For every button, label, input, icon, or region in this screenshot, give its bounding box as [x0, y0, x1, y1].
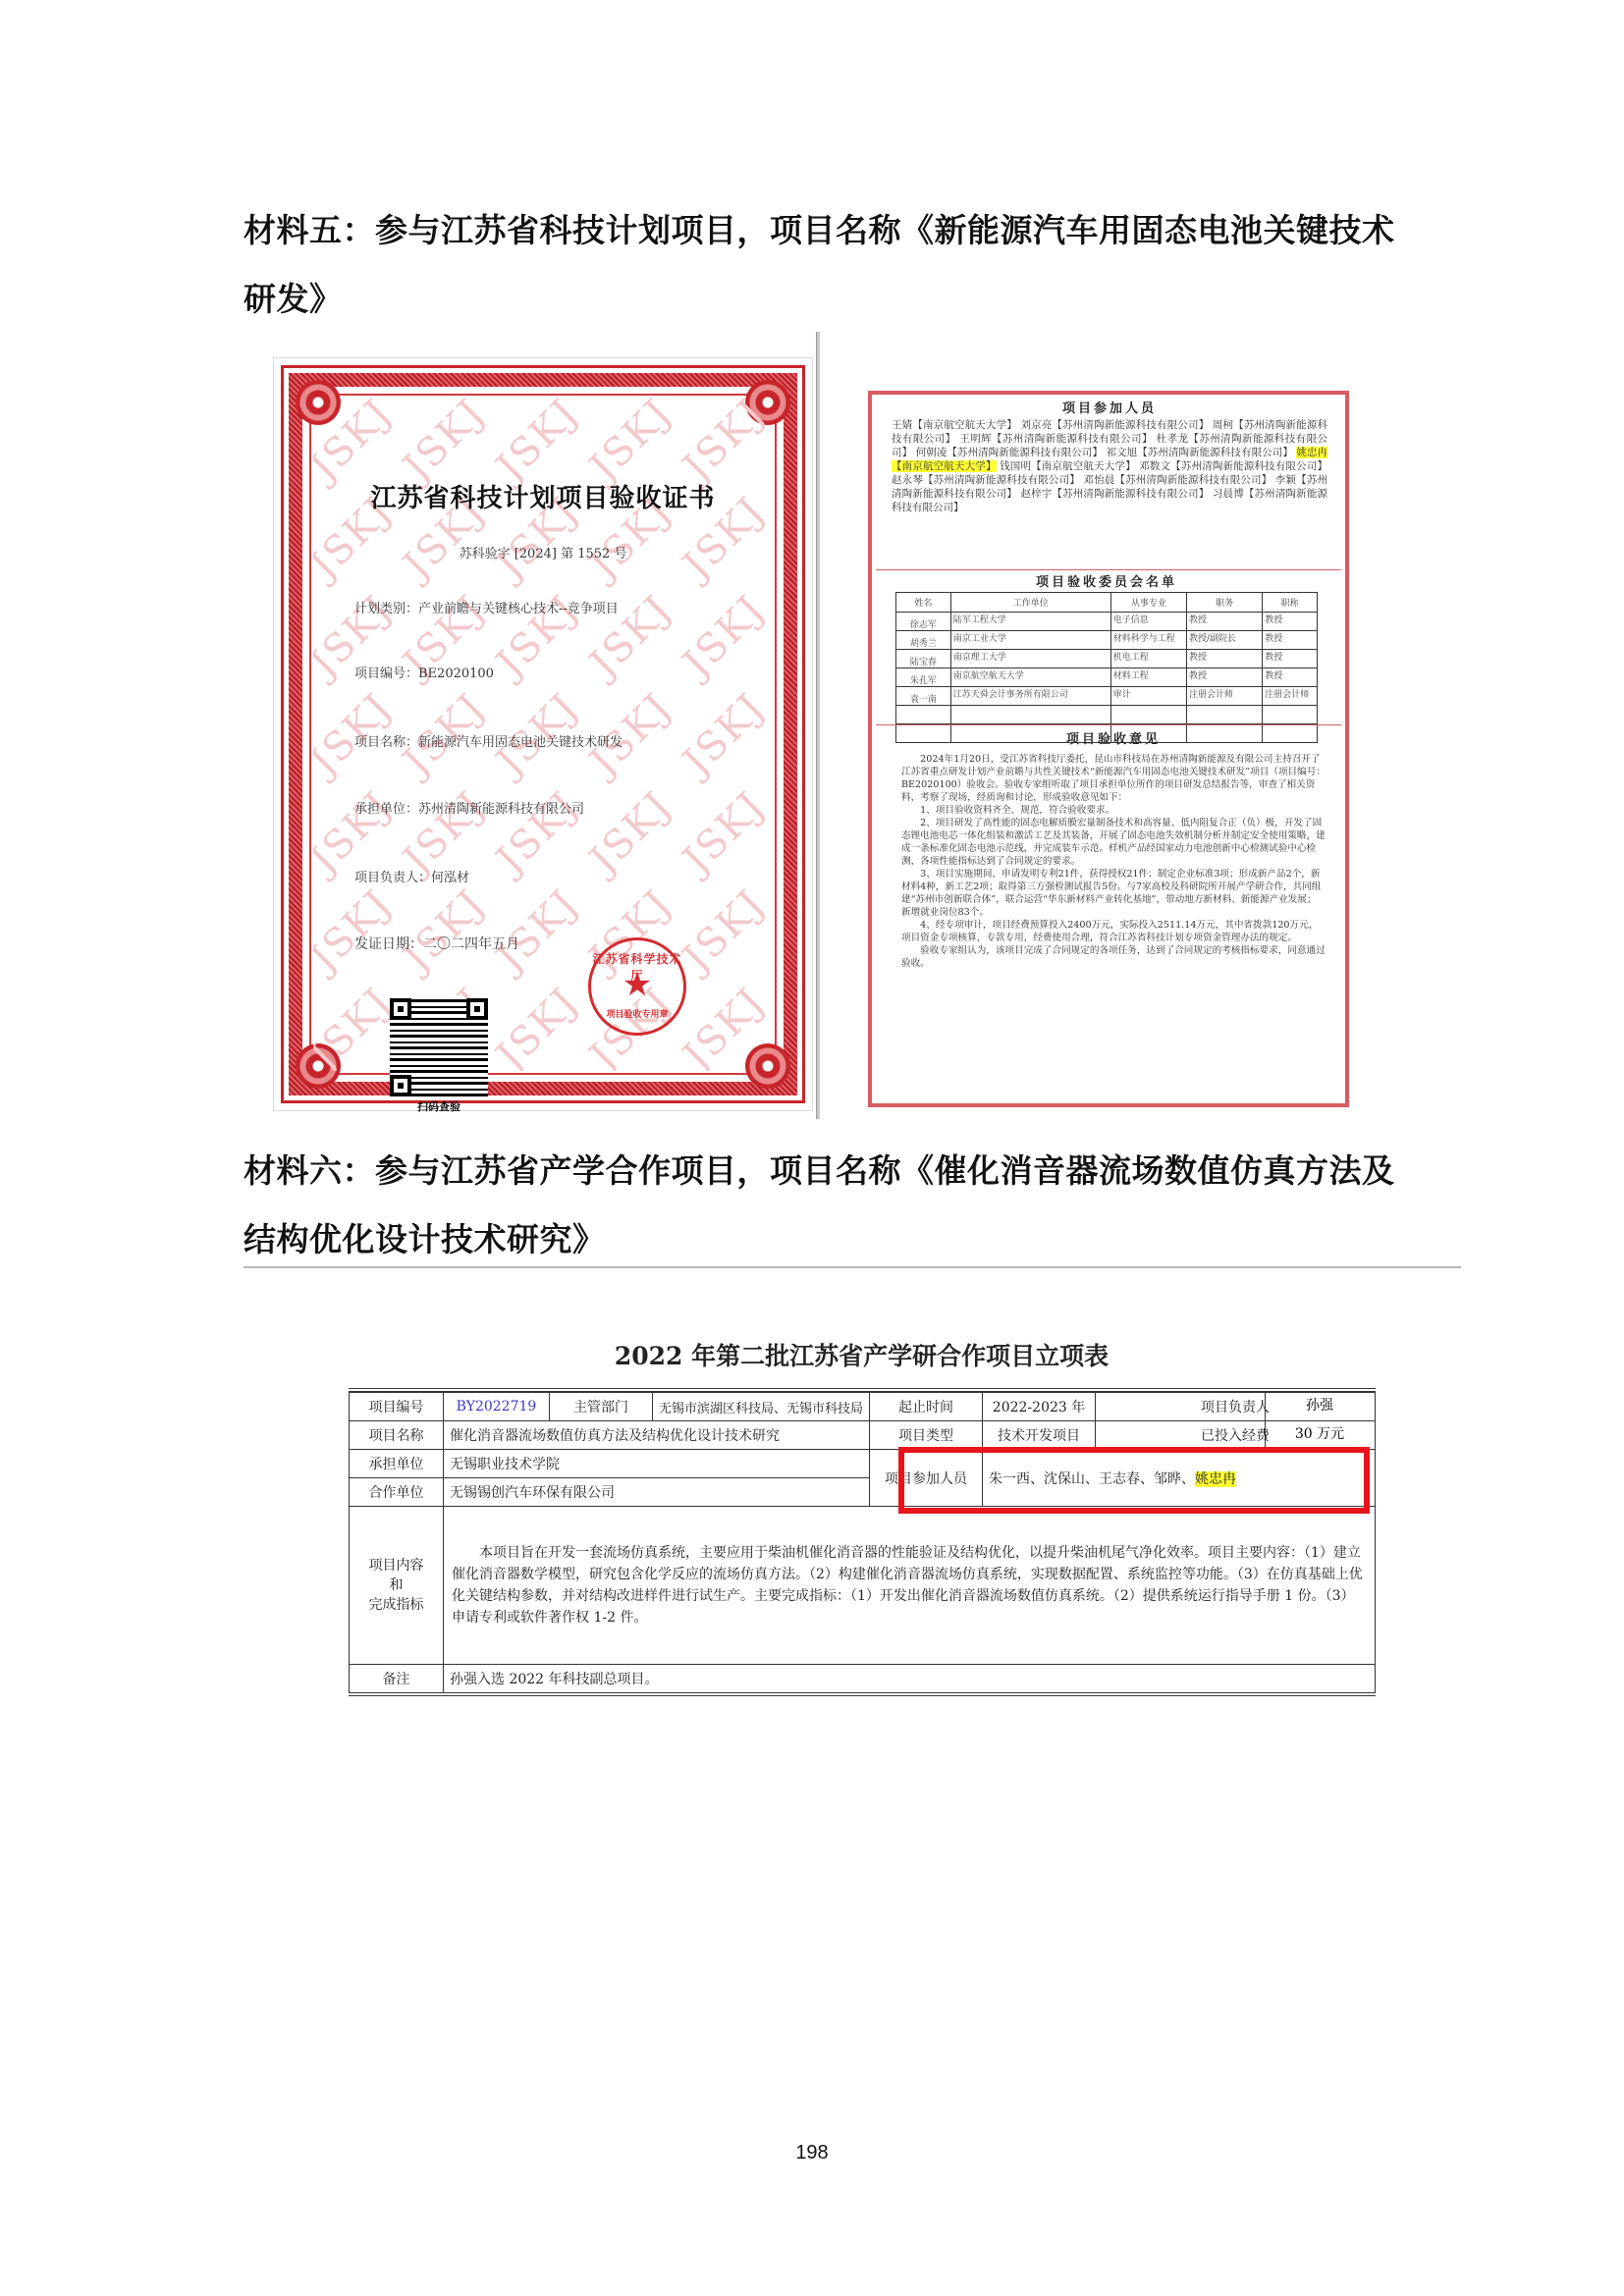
project-code-value: BY2022719: [444, 1393, 550, 1421]
table-cell: 陆宝春: [896, 650, 951, 668]
table-cell: [896, 706, 951, 724]
qr-finder-pattern: [390, 1075, 411, 1096]
watermark-text: JSKJ: [488, 398, 587, 490]
type-value: 技术开发项目: [983, 1421, 1096, 1450]
table-cell: 南京工业大学: [950, 631, 1110, 650]
column-header: 从事专业: [1110, 593, 1186, 613]
members-text: 王婧【南京航空航天大学】 刘京亮【苏州清陶新能源科技有限公司】 周柯【苏州清陶新…: [892, 419, 1327, 458]
table-cell: 材料工程: [1110, 668, 1186, 687]
cell-label: 项目类型: [870, 1421, 983, 1450]
unit-value: 无锡职业技术学院: [444, 1450, 870, 1478]
plan-category: 计划类别：产业前瞻与关键核心技术--竞争项目: [354, 598, 619, 616]
opinion-section: 项目验收意见 2024年1月20日，受江苏省科技厅委托，昆山市科技局在苏州清陶新…: [901, 728, 1326, 970]
table-row: 袁一南江苏天舜会计事务所有限公司审计注册会计师注册会计师: [896, 687, 1318, 706]
table-row: 项目名称 催化消音器流场数值仿真方法及结构优化设计技术研究 项目类型 技术开发项…: [350, 1421, 1376, 1450]
watermark-text: JSKJ: [581, 398, 680, 490]
table-row: 项目内容 和 完成指标 本项目旨在开发一套流场仿真系统，主要应用于柴油机催化消音…: [350, 1507, 1376, 1665]
table-cell: 材料科学与工程: [1110, 631, 1186, 650]
table-cell: 教授/副院长: [1187, 631, 1263, 650]
watermark-text: JSKJ: [313, 979, 401, 1071]
section-divider: [876, 569, 1341, 570]
qr-label: 扫码查验: [390, 1098, 488, 1114]
undertaking-unit: 承担单位：苏州清陶新能源科技有限公司: [354, 798, 584, 817]
watermark-text: JSKJ: [675, 398, 773, 490]
watermark-text: JSKJ: [488, 979, 587, 1071]
dept-value: 无锡市滨湖区科技局、无锡市科技局: [653, 1393, 870, 1421]
table-cell: 朱孔军: [896, 668, 951, 687]
cell-label: 合作单位: [350, 1478, 444, 1507]
cell-label: 主管部门: [550, 1393, 653, 1421]
table-cell: 注册会计师: [1187, 687, 1263, 706]
acceptance-opinion-document: 项目参加人员 王婧【南京航空航天大学】 刘京亮【苏州清陶新能源科技有限公司】 周…: [868, 391, 1349, 1107]
table-cell: 教授: [1187, 668, 1263, 687]
qr-finder-pattern: [466, 998, 488, 1020]
watermark-text: JSKJ: [675, 684, 773, 783]
cell-label: 备注: [350, 1665, 444, 1695]
column-header: 工作单位: [950, 593, 1110, 613]
watermark-text: JSKJ: [675, 881, 773, 980]
column-header: 职务: [1187, 593, 1263, 613]
qr-code-icon: [390, 998, 488, 1096]
watermark-text: JSKJ: [313, 881, 401, 980]
committee-section: 项目验收委员会名单 姓名工作单位从事专业职务职称 徐志军陆军工程大学电子信息教授…: [895, 571, 1318, 743]
watermark-text: JSKJ: [488, 881, 587, 980]
table-cell: 袁一南: [896, 687, 951, 706]
project-code: 项目编号：BE2020100: [354, 663, 494, 681]
table-cell: 注册会计师: [1263, 687, 1318, 706]
content-value: 本项目旨在开发一套流场仿真系统，主要应用于柴油机催化消音器的性能验证及结构优化，…: [444, 1507, 1376, 1665]
column-header: 职称: [1263, 593, 1318, 613]
table-row: [896, 706, 1318, 724]
opinion-body: 2024年1月20日，受江苏省科技厅委托，昆山市科技局在苏州清陶新能源及有限公司…: [901, 753, 1326, 970]
table-cell: 胡秀兰: [896, 631, 951, 650]
table-cell: [1110, 706, 1186, 724]
table-row: 朱孔军南京航空航天大学材料工程教授教授: [896, 668, 1318, 687]
table-cell: 教授: [1263, 668, 1318, 687]
project-members-section: 项目参加人员 王婧【南京航空航天大学】 刘京亮【苏州清陶新能源科技有限公司】 周…: [892, 402, 1327, 514]
table-cell: 教授: [1187, 650, 1263, 668]
watermark-text: JSKJ: [675, 782, 773, 881]
watermark-text: JSKJ: [313, 398, 401, 490]
table-row: 胡秀兰南京工业大学材料科学与工程教授/副院长教授: [896, 631, 1318, 650]
table-cell: 陆军工程大学: [950, 613, 1110, 631]
watermark-text: JSKJ: [675, 979, 773, 1071]
table-row: 备注 孙强入选 2022 年科技副总项目。: [350, 1665, 1376, 1695]
cell-label: 起止时间: [870, 1393, 983, 1421]
seal-bottom-text: 项目验收专用章: [591, 1007, 683, 1020]
issue-date: 发证日期：二〇二四年五月: [354, 934, 519, 953]
project-table-title: 2022 年第二批江苏省产学研合作项目立项表: [349, 1337, 1375, 1372]
table-cell: 南京理工大学: [950, 650, 1110, 668]
partner-value: 无锡锡创汽车环保有限公司: [444, 1478, 870, 1507]
table-cell: 教授: [1263, 613, 1318, 631]
annotation-highlight-box: [898, 1447, 1370, 1514]
opinion-title: 项目验收意见: [901, 728, 1326, 747]
cell-label: 项目名称: [350, 1421, 444, 1450]
table-cell: [1263, 706, 1318, 724]
funding-value: 30 万元: [1265, 1420, 1374, 1449]
table-cell: 徐志军: [896, 613, 951, 631]
table-row: 陆宝春南京理工大学机电工程教授教授: [896, 650, 1318, 668]
table-cell: 电子信息: [1110, 613, 1186, 631]
horizontal-rule: [244, 1266, 1461, 1268]
committee-title: 项目验收委员会名单: [895, 571, 1318, 590]
project-name: 项目名称：新能源汽车用固态电池关键技术研发: [354, 731, 623, 750]
cell-label: 承担单位: [350, 1450, 444, 1478]
table-cell: [950, 706, 1110, 724]
members-list: 王婧【南京航空航天大学】 刘京亮【苏州清陶新能源科技有限公司】 周柯【苏州清陶新…: [892, 418, 1327, 514]
acceptance-certificate-image: JSKJJSKJJSKJJSKJJSKJJSKJJSKJJSKJJSKJJSKJ…: [273, 357, 813, 1111]
table-cell: 教授: [1263, 631, 1318, 650]
table-cell: 教授: [1263, 650, 1318, 668]
official-seal: 江苏省科学技术厅 ★ 项目验收专用章: [588, 937, 686, 1036]
star-icon: ★: [591, 968, 683, 1001]
cell-label: 项目编号: [350, 1393, 444, 1421]
project-name-value: 催化消音器流场数值仿真方法及结构优化设计技术研究: [444, 1421, 870, 1450]
table-cell: 机电工程: [1110, 650, 1186, 668]
table-cell: [1187, 706, 1263, 724]
column-header: 姓名: [896, 593, 951, 613]
watermark-text: JSKJ: [581, 782, 680, 881]
qr-finder-pattern: [390, 998, 411, 1020]
project-approval-table: 项目编号 BY2022719 主管部门 无锡市滨湖区科技局、无锡市科技局 起止时…: [349, 1388, 1376, 1696]
cell-label: 项目内容 和 完成指标: [350, 1507, 444, 1665]
section-6-heading: 材料六：参与江苏省产学合作项目，项目名称《催化消音器流场数值仿真方法及结构优化设…: [244, 1137, 1402, 1274]
table-cell: 江苏天舜会计事务所有限公司: [950, 687, 1110, 706]
table-cell: 南京航空航天大学: [950, 668, 1110, 687]
section-5-heading: 材料五：参与江苏省科技计划项目，项目名称《新能源汽车用固态电池关键技术研发》: [244, 196, 1402, 334]
period-value: 2022-2023 年: [983, 1393, 1096, 1421]
certificate-number: 苏科验字 [2024] 第 1552 号: [274, 543, 812, 561]
section-divider: [876, 724, 1341, 725]
leader-value: 孙强: [1265, 1392, 1374, 1420]
project-leader: 项目负责人：何泓材: [354, 867, 469, 885]
table-row: 徐志军陆军工程大学电子信息教授教授: [896, 613, 1318, 631]
table-cell: 审计: [1110, 687, 1186, 706]
watermark-text: JSKJ: [395, 398, 494, 490]
remark-value: 孙强入选 2022 年科技副总项目。: [444, 1665, 1376, 1695]
table-cell: 教授: [1187, 613, 1263, 631]
certificate-title: 江苏省科技计划项目验收证书: [274, 478, 812, 514]
table-row: 项目编号 BY2022719 主管部门 无锡市滨湖区科技局、无锡市科技局 起止时…: [350, 1393, 1376, 1421]
committee-table: 姓名工作单位从事专业职务职称 徐志军陆军工程大学电子信息教授教授胡秀兰南京工业大…: [895, 592, 1318, 743]
image-divider: [816, 332, 820, 1119]
watermark-text: JSKJ: [395, 881, 494, 980]
members-title: 项目参加人员: [892, 402, 1327, 416]
watermark-text: JSKJ: [675, 586, 773, 685]
page-number: 198: [0, 2142, 1624, 2164]
